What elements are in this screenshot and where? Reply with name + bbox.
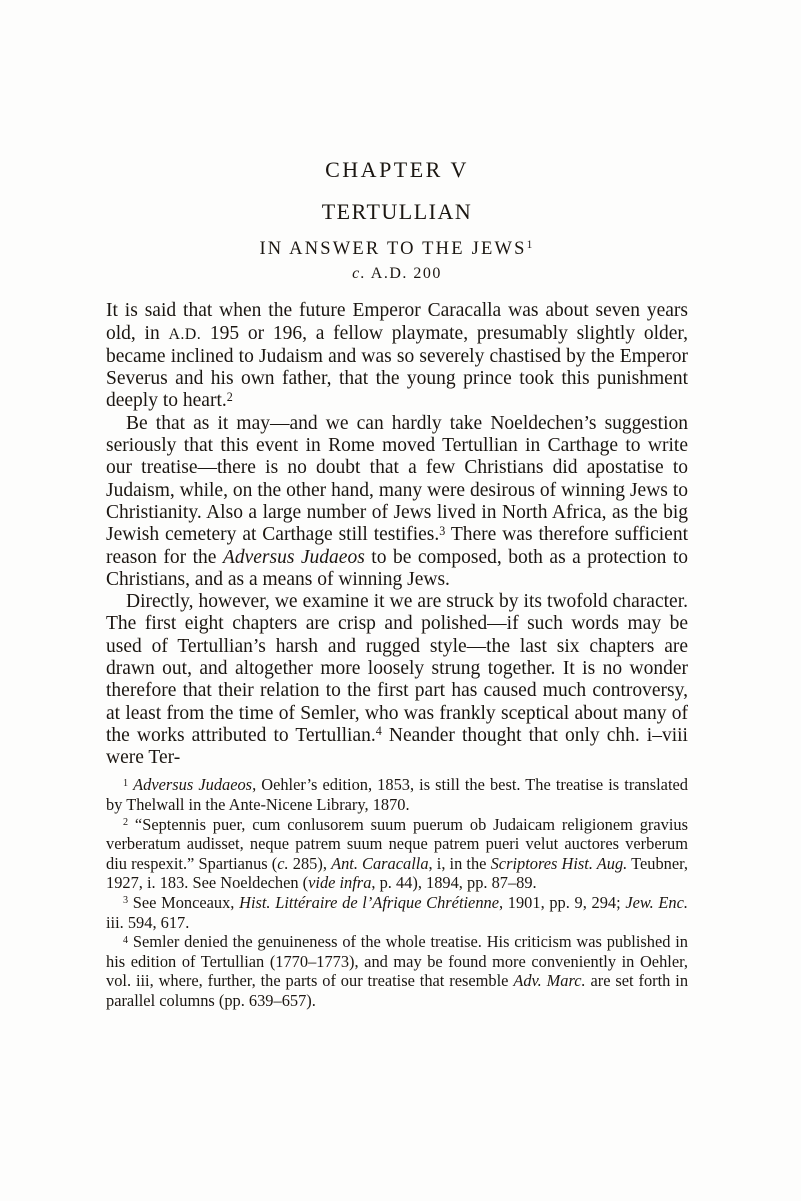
book-page: CHAPTER V TERTULLIAN IN ANSWER TO THE JE… xyxy=(0,0,801,1201)
footnote-1: 1 Adversus Judaeos, Oehler’s edition, 18… xyxy=(106,775,688,814)
footnote-2: 2 “Septennis puer, cum conlusorem suum p… xyxy=(106,815,688,893)
paragraph-2: Be that as it may—and we can hardly take… xyxy=(106,413,688,591)
body-text: It is said that when the future Emperor … xyxy=(106,300,688,769)
chapter-heading: CHAPTER V xyxy=(106,157,688,182)
chapter-dateline: c. A.D. 200 xyxy=(106,265,688,283)
text-block: CHAPTER V TERTULLIAN IN ANSWER TO THE JE… xyxy=(106,157,688,1011)
footnote-3: 3 See Monceaux, Hist. Littéraire de l’Af… xyxy=(106,893,688,932)
paragraph-3: Directly, however, we examine it we are … xyxy=(106,591,688,769)
chapter-subtitle: IN ANSWER TO THE JEWS1 xyxy=(106,239,688,260)
footnote-4: 4 Semler denied the genuineness of the w… xyxy=(106,932,688,1010)
paragraph-1: It is said that when the future Emperor … xyxy=(106,300,688,412)
chapter-title: TERTULLIAN xyxy=(106,199,688,224)
footnotes-section: 1 Adversus Judaeos, Oehler’s edition, 18… xyxy=(106,775,688,1010)
